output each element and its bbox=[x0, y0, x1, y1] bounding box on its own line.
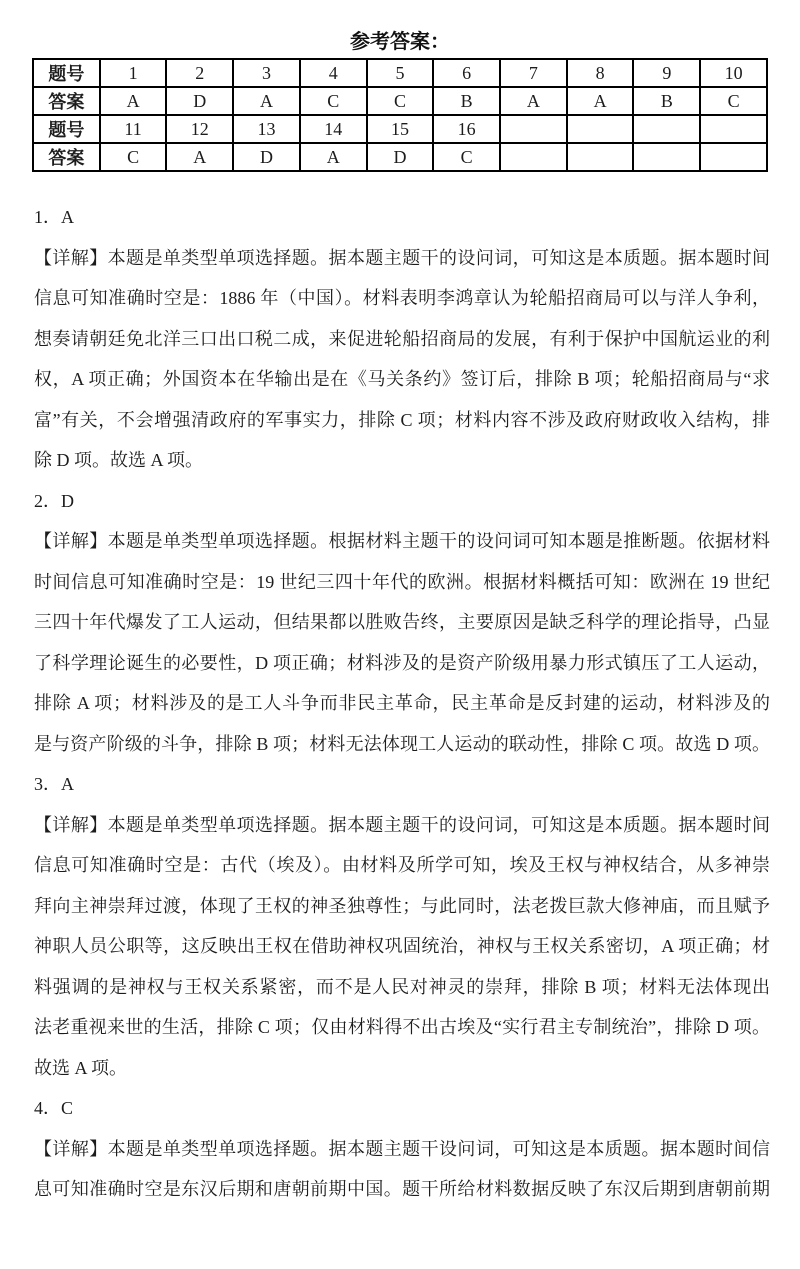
table-cell: A bbox=[233, 87, 300, 115]
answer-heading: 2．D bbox=[34, 481, 770, 522]
section-answer-2: 2．D 【详解】本题是单类型单项选择题。根据材料主题干的设问词可知本题是推断题。… bbox=[34, 481, 770, 765]
table-cell: 11 bbox=[100, 115, 167, 143]
section-answer-4: 4．C 【详解】本题是单类型单项选择题。据本题主题干设问词，可知这是本质题。据本… bbox=[34, 1088, 770, 1210]
table-header-cell: 题号 bbox=[33, 59, 100, 87]
table-cell bbox=[633, 115, 700, 143]
explanation-line: 了科学理论诞生的必要性，D 项正确；材料涉及的是资产阶级用暴力形式镇压了工人运动… bbox=[34, 643, 770, 684]
table-cell: 8 bbox=[567, 59, 634, 87]
explanation-line: 时间信息可知准确时空是：19 世纪三四十年代的欧洲。根据材料概括可知：欧洲在 1… bbox=[34, 562, 770, 603]
table-cell: 4 bbox=[300, 59, 367, 87]
table-cell: C bbox=[300, 87, 367, 115]
explanation-line: 故选 A 项。 bbox=[34, 1048, 770, 1089]
explanation-line: 三四十年代爆发了工人运动，但结果都以胜败告终，主要原因是缺乏科学的理论指导，凸显 bbox=[34, 602, 770, 643]
explanation-line: 法老重视来世的生活，排除 C 项；仅由材料得不出古埃及“实行君主专制统治”，排除… bbox=[34, 1007, 770, 1048]
table-cell: 5 bbox=[367, 59, 434, 87]
explanation-line: 富”有关，不会增强清政府的军事实力，排除 C 项；材料内容不涉及政府财政收入结构… bbox=[34, 400, 770, 441]
answer-heading: 3．A bbox=[34, 764, 770, 805]
table-cell bbox=[700, 143, 767, 171]
table-cell: 7 bbox=[500, 59, 567, 87]
explanation-line: 【详解】本题是单类型单项选择题。据本题主题干的设问词，可知这是本质题。据本题时间 bbox=[34, 805, 770, 846]
table-cell: 10 bbox=[700, 59, 767, 87]
answer-heading: 4．C bbox=[34, 1088, 770, 1129]
explanation-line: 想奏请朝廷免北洋三口出口税二成，来促进轮船招商局的发展，有利于保护中国航运业的利 bbox=[34, 319, 770, 360]
page-title: 参考答案： bbox=[0, 0, 800, 54]
table-cell: D bbox=[233, 143, 300, 171]
table-cell: D bbox=[367, 143, 434, 171]
table-cell: A bbox=[500, 87, 567, 115]
table-row: 答案 A D A C C B A A B C bbox=[33, 87, 767, 115]
table-cell: 3 bbox=[233, 59, 300, 87]
explanations: 1．A 【详解】本题是单类型单项选择题。据本题主题干的设问词，可知这是本质题。据… bbox=[34, 197, 770, 1210]
table-cell bbox=[700, 115, 767, 143]
table-cell: A bbox=[166, 143, 233, 171]
explanation-line: 除 D 项。故选 A 项。 bbox=[34, 440, 770, 481]
answer-heading: 1．A bbox=[34, 197, 770, 238]
table-header-cell: 题号 bbox=[33, 115, 100, 143]
explanation-line: 权，A 项正确；外国资本在华输出是在《马关条约》签订后，排除 B 项；轮船招商局… bbox=[34, 359, 770, 400]
table-cell: C bbox=[433, 143, 500, 171]
explanation-line: 息可知准确时空是东汉后期和唐朝前期中国。题干所给材料数据反映了东汉后期到唐朝前期 bbox=[34, 1169, 770, 1210]
table-cell bbox=[567, 143, 634, 171]
table-cell: C bbox=[367, 87, 434, 115]
table-cell: 9 bbox=[633, 59, 700, 87]
explanation-line: 【详解】本题是单类型单项选择题。根据材料主题干的设问词可知本题是推断题。依据材料 bbox=[34, 521, 770, 562]
table-row: 题号 11 12 13 14 15 16 bbox=[33, 115, 767, 143]
table-header-cell: 答案 bbox=[33, 143, 100, 171]
table-cell: B bbox=[633, 87, 700, 115]
table-cell bbox=[567, 115, 634, 143]
answer-key-page: 参考答案： 题号 1 2 3 4 5 6 7 8 9 10 答案 A D A C… bbox=[0, 0, 800, 1269]
table-cell: A bbox=[567, 87, 634, 115]
table-cell bbox=[500, 115, 567, 143]
explanation-line: 神职人员公职等，这反映出王权在借助神权巩固统治，神权与王权关系密切，A 项正确；… bbox=[34, 926, 770, 967]
table-cell: B bbox=[433, 87, 500, 115]
explanation-line: 排除 A 项；材料涉及的是工人斗争而非民主革命，民主革命是反封建的运动，材料涉及… bbox=[34, 683, 770, 724]
table-header-cell: 答案 bbox=[33, 87, 100, 115]
answer-table: 题号 1 2 3 4 5 6 7 8 9 10 答案 A D A C C B A… bbox=[32, 58, 768, 172]
explanation-line: 信息可知准确时空是：1886 年（中国）。材料表明李鸿章认为轮船招商局可以与洋人… bbox=[34, 278, 770, 319]
table-cell: 15 bbox=[367, 115, 434, 143]
table-cell bbox=[633, 143, 700, 171]
section-answer-1: 1．A 【详解】本题是单类型单项选择题。据本题主题干的设问词，可知这是本质题。据… bbox=[34, 197, 770, 481]
table-cell: A bbox=[300, 143, 367, 171]
table-cell: 12 bbox=[166, 115, 233, 143]
explanation-line: 是与资产阶级的斗争，排除 B 项；材料无法体现工人运动的联动性，排除 C 项。故… bbox=[34, 724, 770, 765]
explanation-line: 【详解】本题是单类型单项选择题。据本题主题干的设问词，可知这是本质题。据本题时间 bbox=[34, 238, 770, 279]
table-row: 题号 1 2 3 4 5 6 7 8 9 10 bbox=[33, 59, 767, 87]
table-cell: D bbox=[166, 87, 233, 115]
table-cell: 13 bbox=[233, 115, 300, 143]
table-cell: C bbox=[700, 87, 767, 115]
table-cell: 2 bbox=[166, 59, 233, 87]
table-row: 答案 C A D A D C bbox=[33, 143, 767, 171]
table-cell bbox=[500, 143, 567, 171]
table-cell: 16 bbox=[433, 115, 500, 143]
explanation-line: 【详解】本题是单类型单项选择题。据本题主题干设问词，可知这是本质题。据本题时间信 bbox=[34, 1129, 770, 1170]
explanation-line: 信息可知准确时空是：古代（埃及）。由材料及所学可知，埃及王权与神权结合，从多神崇 bbox=[34, 845, 770, 886]
table-cell: 14 bbox=[300, 115, 367, 143]
explanation-line: 料强调的是神权与王权关系紧密，而不是人民对神灵的崇拜，排除 B 项；材料无法体现… bbox=[34, 967, 770, 1008]
table-cell: 6 bbox=[433, 59, 500, 87]
table-cell: 1 bbox=[100, 59, 167, 87]
explanation-line: 拜向主神崇拜过渡，体现了王权的神圣独尊性；与此同时，法老拨巨款大修神庙，而且赋予 bbox=[34, 886, 770, 927]
table-cell: C bbox=[100, 143, 167, 171]
section-answer-3: 3．A 【详解】本题是单类型单项选择题。据本题主题干的设问词，可知这是本质题。据… bbox=[34, 764, 770, 1088]
table-cell: A bbox=[100, 87, 167, 115]
